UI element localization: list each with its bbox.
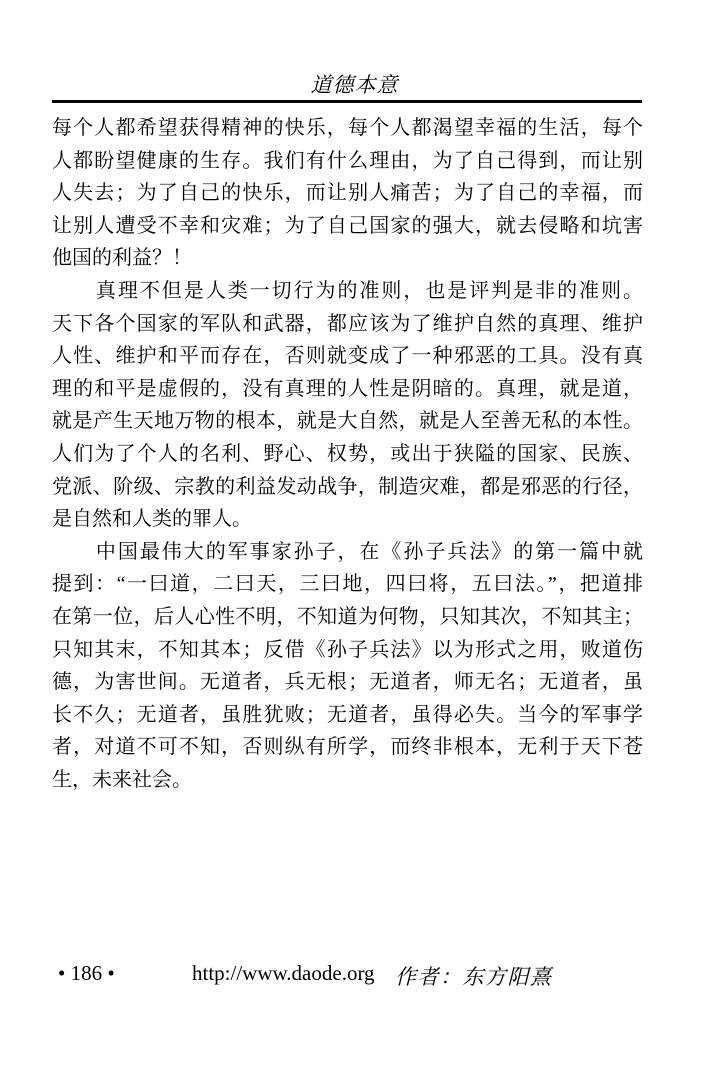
page-number: • 186 • xyxy=(58,961,115,986)
text-line: 天下各个国家的军队和武器，都应该为了维护自然的真理、维护 xyxy=(52,308,643,341)
paragraph: 中国最伟大的军事家孙子，在《孙子兵法》的第一篇中就 提到：“一曰道，二曰天，三曰… xyxy=(52,536,643,797)
text-line: 提到：“一曰道，二曰天，三曰地，四曰将，五曰法。”，把道排 xyxy=(52,568,643,601)
text-line: 人性、维护和平而存在，否则就变成了一种邪恶的工具。没有真 xyxy=(52,340,643,373)
text-line: 人们为了个人的名利、野心、权势，或出于狭隘的国家、民族、 xyxy=(52,438,643,471)
text-line: 者，对道不可不知，否则纵有所学，而终非根本，无利于天下苍 xyxy=(52,731,643,764)
body-text: 每个人都希望获得精神的快乐，每个人都渴望幸福的生活，每个 人都盼望健康的生存。我… xyxy=(52,112,643,796)
header-rule xyxy=(52,100,642,103)
text-line: 党派、阶级、宗教的利益发动战争，制造灾难，都是邪恶的行径， xyxy=(52,471,643,504)
text-line: 他国的利益？！ xyxy=(52,242,643,275)
text-line: 只知其末，不知其本；反借《孙子兵法》以为形式之用，败道伤 xyxy=(52,634,643,667)
text-line: 理的和平是虚假的，没有真理的人性是阴暗的。真理，就是道， xyxy=(52,373,643,406)
text-line: 生，未来社会。 xyxy=(52,764,643,797)
text-line: 德，为害世间。无道者，兵无根；无道者，师无名；无道者，虽 xyxy=(52,666,643,699)
page-footer: • 186 • http://www.daode.org 作者：东方阳熹 xyxy=(0,961,709,991)
document-page: 道德本意 每个人都希望获得精神的快乐，每个人都渴望幸福的生活，每个 人都盼望健康… xyxy=(0,0,709,1077)
text-line: 长不久；无道者，虽胜犹败；无道者，虽得必失。当今的军事学 xyxy=(52,699,643,732)
author-credit: 作者：东方阳熹 xyxy=(395,961,553,991)
paragraph: 真理不但是人类一切行为的准则，也是评判是非的准则。 天下各个国家的军队和武器，都… xyxy=(52,275,643,536)
text-line: 就是产生天地万物的根本，就是大自然，就是人至善无私的本性。 xyxy=(52,405,643,438)
paragraph: 每个人都希望获得精神的快乐，每个人都渴望幸福的生活，每个 人都盼望健康的生存。我… xyxy=(52,112,643,275)
text-line: 人失去；为了自己的快乐，而让别人痛苦；为了自己的幸福，而 xyxy=(52,177,643,210)
text-line: 每个人都希望获得精神的快乐，每个人都渴望幸福的生活，每个 xyxy=(52,112,643,145)
text-line: 是自然和人类的罪人。 xyxy=(52,503,643,536)
text-line: 人都盼望健康的生存。我们有什么理由，为了自己得到，而让别 xyxy=(52,145,643,178)
text-line: 让别人遭受不幸和灾难；为了自己国家的强大，就去侵略和坑害 xyxy=(52,210,643,243)
page-title: 道德本意 xyxy=(0,69,709,99)
text-line: 中国最伟大的军事家孙子，在《孙子兵法》的第一篇中就 xyxy=(52,536,643,569)
text-line: 在第一位，后人心性不明，不知道为何物，只知其次，不知其主； xyxy=(52,601,643,634)
text-line: 真理不但是人类一切行为的准则，也是评判是非的准则。 xyxy=(52,275,643,308)
site-url: http://www.daode.org xyxy=(192,961,375,986)
